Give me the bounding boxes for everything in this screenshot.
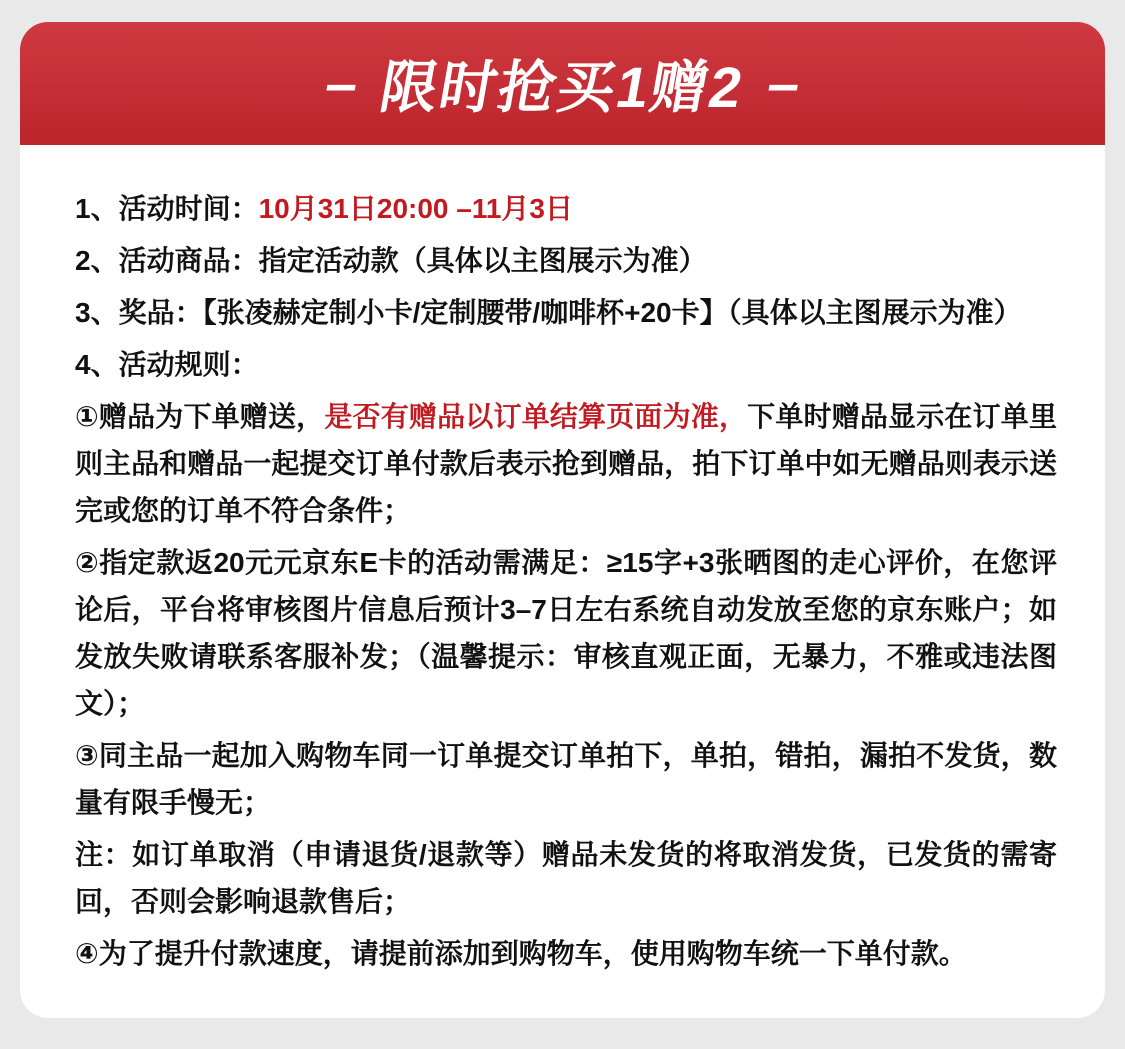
rules-list: 1、活动时间：10月31日20:00 –11月3日2、活动商品：指定活动款（具体… <box>20 145 1105 977</box>
rule-paragraph: ④为了提升付款速度，请提前添加到购物车，使用购物车统一下单付款。 <box>75 930 1057 977</box>
rule-text: ②指定款返20元元京东E卡的活动需满足：≥15字+3张晒图的走心评价，在您评论后… <box>75 547 1057 719</box>
rule-paragraph: 4、活动规则： <box>75 341 1057 388</box>
rule-text: 1、活动时间： <box>75 193 259 224</box>
rule-text: ③同主品一起加入购物车同一订单提交订单拍下，单拍，错拍，漏拍不发货，数量有限手慢… <box>75 740 1057 818</box>
promo-page: – 限时抢买1赠2 – 1、活动时间：10月31日20:00 –11月3日2、活… <box>0 0 1125 1049</box>
rule-paragraph: 2、活动商品：指定活动款（具体以主图展示为准） <box>75 237 1057 284</box>
promo-title-text: 限时抢买1赠2 <box>375 60 747 117</box>
rule-text: 3、奖品：【张凌赫定制小卡/定制腰带/咖啡杯+20卡】（具体以主图展示为准） <box>75 297 1022 328</box>
promo-card: – 限时抢买1赠2 – 1、活动时间：10月31日20:00 –11月3日2、活… <box>20 22 1105 1018</box>
rule-text-highlight: 10月31日20:00 –11月3日 <box>259 193 573 224</box>
rule-text: ①赠品为下单赠送， <box>75 401 324 432</box>
rule-paragraph: 注：如订单取消（申请退货/退款等）赠品未发货的将取消发货，已发货的需寄回，否则会… <box>75 831 1057 925</box>
rule-text: 2、活动商品：指定活动款（具体以主图展示为准） <box>75 245 707 276</box>
title-left-dash: – <box>320 56 362 113</box>
promo-title: – 限时抢买1赠2 – <box>320 50 806 117</box>
promo-header-banner: – 限时抢买1赠2 – <box>20 22 1105 145</box>
rule-paragraph: ①赠品为下单赠送，是否有赠品以订单结算页面为准，下单时赠品显示在订单里则主品和赠… <box>75 393 1057 534</box>
rule-text: 4、活动规则： <box>75 349 259 380</box>
rule-text-highlight: 是否有赠品以订单结算页面为准， <box>324 401 747 432</box>
rule-paragraph: 3、奖品：【张凌赫定制小卡/定制腰带/咖啡杯+20卡】（具体以主图展示为准） <box>75 289 1057 336</box>
title-right-dash: – <box>763 56 805 113</box>
rule-paragraph: ②指定款返20元元京东E卡的活动需满足：≥15字+3张晒图的走心评价，在您评论后… <box>75 539 1057 727</box>
rule-paragraph: ③同主品一起加入购物车同一订单提交订单拍下，单拍，错拍，漏拍不发货，数量有限手慢… <box>75 732 1057 826</box>
rule-text: 注：如订单取消（申请退货/退款等）赠品未发货的将取消发货，已发货的需寄回，否则会… <box>75 839 1057 917</box>
rule-text: ④为了提升付款速度，请提前添加到购物车，使用购物车统一下单付款。 <box>75 938 967 969</box>
rule-paragraph: 1、活动时间：10月31日20:00 –11月3日 <box>75 185 1057 232</box>
